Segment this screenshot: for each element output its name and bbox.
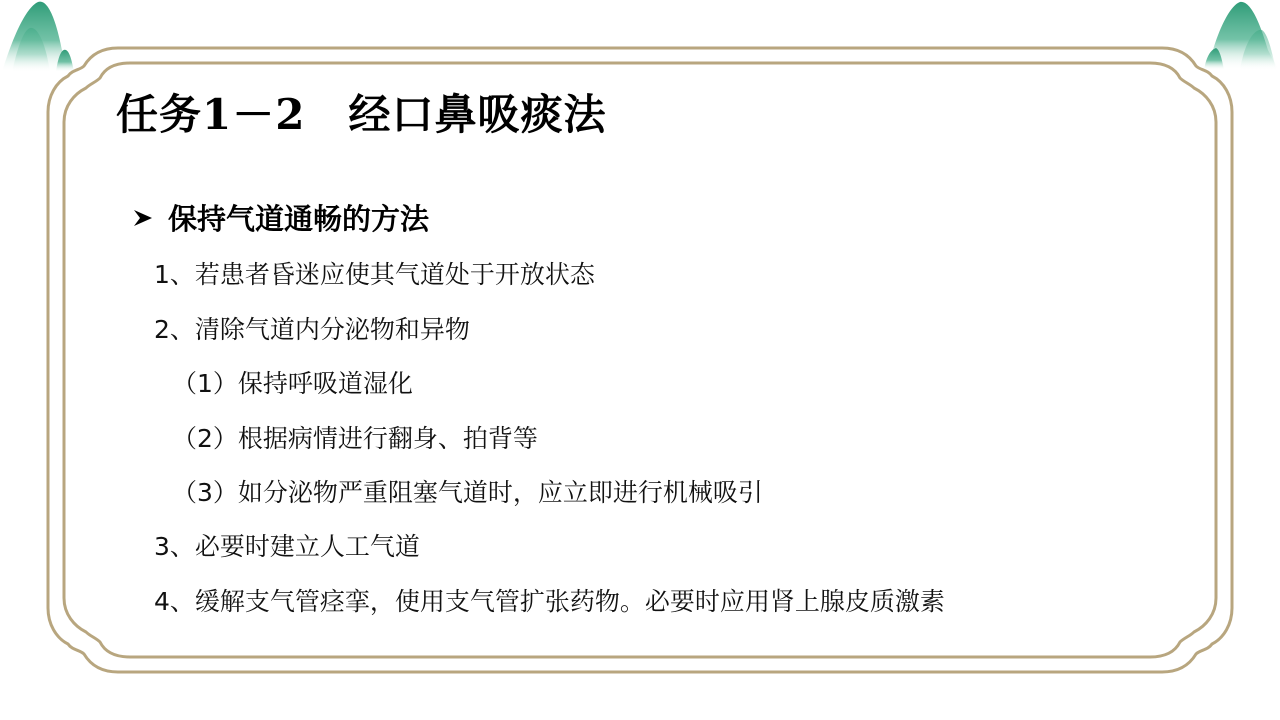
- list-item-sub: （3）如分泌物严重阻塞气道时，应立即进行机械吸引: [172, 476, 763, 510]
- list-item: 2、清除气道内分泌物和异物: [154, 313, 470, 347]
- arrowhead-bullet-icon: [132, 207, 154, 229]
- list-item: 1、若患者昏迷应使其气道处于开放状态: [154, 258, 595, 292]
- mountain-right-icon: [1204, 2, 1278, 70]
- slide-title: 任务1－2 经口鼻吸痰法: [116, 86, 606, 144]
- section-heading-text: 保持气道通畅的方法: [168, 197, 429, 238]
- list-item-sub: （1）保持呼吸道湿化: [172, 367, 413, 401]
- section-heading: 保持气道通畅的方法: [132, 197, 429, 238]
- inner-border: [64, 63, 1216, 657]
- list-item: 4、缓解支气管痉挛，使用支气管扩张药物。必要时应用肾上腺皮质激素: [154, 585, 945, 619]
- mountain-left-icon: [2, 2, 74, 72]
- list-item-sub: （2）根据病情进行翻身、拍背等: [172, 422, 538, 456]
- list-item: 3、必要时建立人工气道: [154, 530, 420, 564]
